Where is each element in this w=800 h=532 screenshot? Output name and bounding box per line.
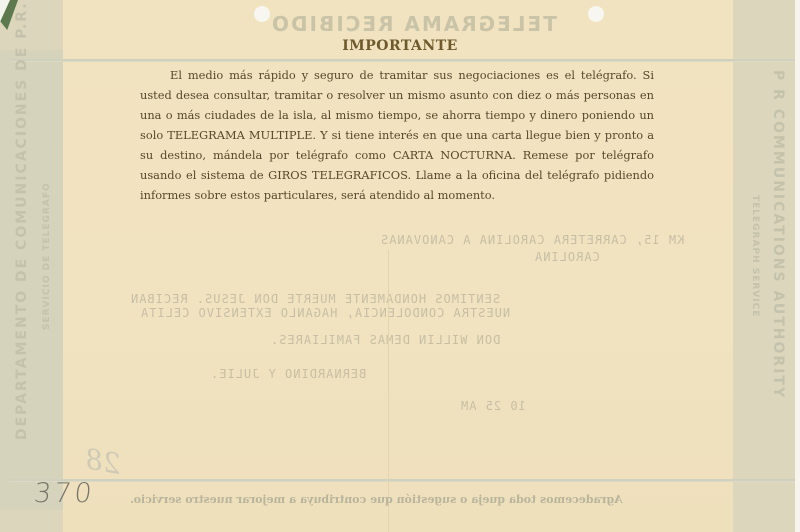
right-paper-edge <box>795 0 800 532</box>
handwritten-number: 370 <box>32 478 96 509</box>
ghost-message-line-3: DON WILLIN DEMAS FAMILIARES. <box>270 333 500 347</box>
top-rule <box>10 59 795 62</box>
ghost-time: 10 25 AM <box>460 399 526 413</box>
ghost-left-band-text: DEPARTAMENTO DE COMUNICACIONES DE P.R. <box>14 1 30 440</box>
ghost-footer: Agradecemos toda queja o sugestión que c… <box>130 493 623 506</box>
notice-heading: IMPORTANTE <box>0 38 800 54</box>
punch-hole-right <box>588 6 604 22</box>
paper-crease <box>388 250 389 532</box>
bottom-rule <box>10 479 795 482</box>
notice-body: El medio más rápido y seguro de tramitar… <box>140 65 654 205</box>
notice-paragraph: El medio más rápido y seguro de tramitar… <box>140 65 654 205</box>
punch-hole-left <box>254 6 270 22</box>
ghost-header: TELEGRAMA RECIBIDO <box>270 12 557 36</box>
ghost-left-band-subtext: SERVICIO DE TELEGRAFO <box>42 182 52 330</box>
ghost-right-band-text: P R COMMUNICATIONS AUTHORITY <box>770 70 786 399</box>
ghost-address-line-1: KM 15, CARRETERA CAROLINA A CANOVANAS <box>380 233 684 247</box>
ghost-message-line-1: SENTIMOS HONDAMENTE MUERTE DON JESUS. RE… <box>130 292 500 306</box>
ghost-address-line-2: CAROLINA <box>534 250 600 264</box>
ghost-message-line-4: BERNARDINO Y JULIE. <box>210 367 366 381</box>
ghost-message-line-2: NUESTRA CONDOLENCIA, HAGANLO EXTENSIVO C… <box>140 306 510 320</box>
right-margin-band <box>733 0 800 532</box>
ghost-right-band-subtext: TELEGRAPH SERVICE <box>750 195 760 317</box>
ghost-handwritten-number: 28 <box>82 442 123 481</box>
left-margin-band-inner <box>0 50 63 510</box>
